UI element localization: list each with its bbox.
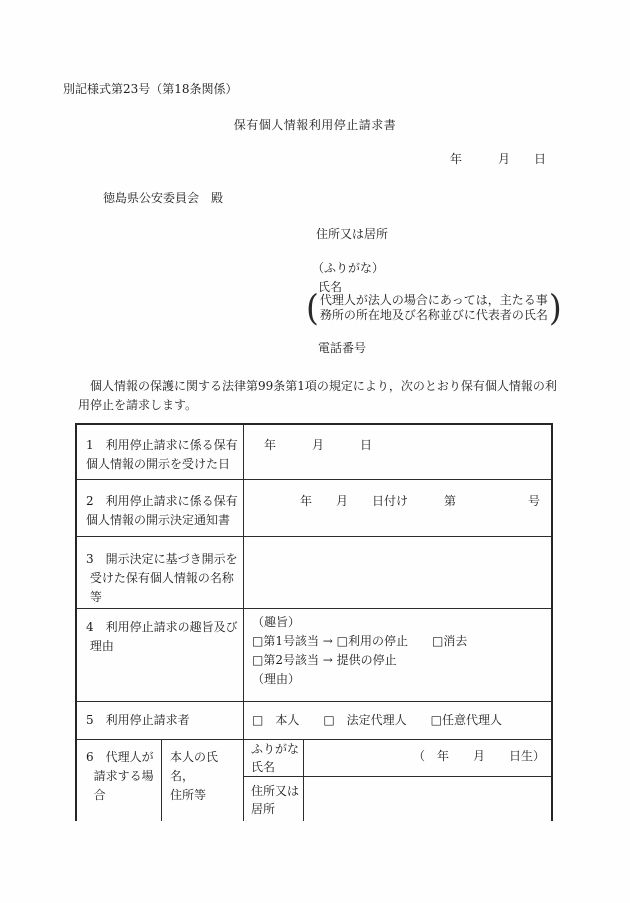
- row5-label: 5 利用停止請求者: [77, 702, 244, 739]
- row6-sub-label: 本人の氏名， 住所等: [162, 740, 244, 821]
- furigana-name-field: （ 年 月 日生）: [304, 740, 551, 776]
- table-row-6: 6 代理人が 請求する場 合 本人の氏名， 住所等 ふりがな 氏名 （ 年 月 …: [77, 740, 551, 821]
- phone-label: 電話番号: [318, 341, 366, 356]
- furigana-name-label: ふりがな 氏名: [244, 740, 304, 776]
- name-note-line-2: 務所の所在地及び名称並びに代表者の氏名: [320, 308, 548, 323]
- birth-date-label: （ 年 月 日生）: [413, 740, 551, 776]
- name-note-lines: 代理人が法人の場合にあっては，主たる事 務所の所在地及び名称並びに代表者の氏名: [320, 293, 548, 322]
- table-row-2: 2 利用停止請求に係る保有 個人情報の開示決定通知書 年 月 日付け 第 号: [77, 480, 551, 537]
- furigana-label: （ふりがな）: [312, 261, 384, 276]
- row6-address-row: 住所又は 居所: [244, 777, 551, 821]
- table-row-4: 4 利用停止請求の趣旨及び 理由 （趣旨） □第1号該当 → □利用の停止 □消…: [77, 609, 551, 702]
- row6-address-label: 住所又は 居所: [244, 777, 304, 821]
- date-line: 年 月 日: [450, 152, 546, 167]
- row4-purpose-and-reason-options: （趣旨） □第1号該当 → □利用の停止 □消去 □第2号該当 → 提供の停止 …: [244, 609, 551, 701]
- row2-label: 2 利用停止請求に係る保有 個人情報の開示決定通知書: [77, 480, 244, 536]
- row6-furigana-name-row: ふりがな 氏名 （ 年 月 日生）: [244, 740, 551, 777]
- name-note-line-1: 代理人が法人の場合にあっては，主たる事: [320, 293, 548, 308]
- name-note: ( 代理人が法人の場合にあっては，主たる事 務所の所在地及び名称並びに代表者の氏…: [306, 291, 562, 324]
- document-page: 別記様式第23号（第18条関係） 保有個人情報利用停止請求書 年 月 日 徳島県…: [0, 0, 630, 903]
- row3-label: 3 開示決定に基づき開示を 受けた保有個人情報の名称 等: [77, 537, 244, 608]
- table-row-1: 1 利用停止請求に係る保有 個人情報の開示を受けた日 年 月 日: [77, 425, 551, 480]
- row3-name-of-information-value: [244, 537, 551, 608]
- form-number: 別記様式第23号（第18条関係）: [63, 82, 238, 97]
- row5-requester-type-options: □ 本人 □ 法定代理人 □任意代理人: [244, 702, 551, 739]
- row1-disclosure-date-value: 年 月 日: [244, 425, 551, 479]
- row4-label: 4 利用停止請求の趣旨及び 理由: [77, 609, 244, 701]
- request-statement: 個人情報の保護に関する法律第99条第1項の規定により，次のとおり保有個人情報の利…: [78, 377, 570, 415]
- document-title: 保有個人情報利用停止請求書: [0, 118, 630, 133]
- addressee: 徳島県公安委員会 殿: [103, 191, 223, 206]
- row6-label: 6 代理人が 請求する場 合: [77, 740, 162, 821]
- open-paren-glyph: (: [306, 290, 319, 326]
- address-label: 住所又は居所: [316, 227, 388, 242]
- table-row-5: 5 利用停止請求者 □ 本人 □ 法定代理人 □任意代理人: [77, 702, 551, 740]
- request-form-table: 1 利用停止請求に係る保有 個人情報の開示を受けた日 年 月 日 2 利用停止請…: [75, 423, 553, 821]
- row2-notice-number-value: 年 月 日付け 第 号: [244, 480, 551, 536]
- table-row-3: 3 開示決定に基づき開示を 受けた保有個人情報の名称 等: [77, 537, 551, 609]
- row6-address-field: [304, 777, 551, 821]
- close-paren-glyph: ): [549, 290, 562, 326]
- row1-label: 1 利用停止請求に係る保有 個人情報の開示を受けた日: [77, 425, 244, 479]
- row6-detail-cells: ふりがな 氏名 （ 年 月 日生） 住所又は 居所: [244, 740, 551, 821]
